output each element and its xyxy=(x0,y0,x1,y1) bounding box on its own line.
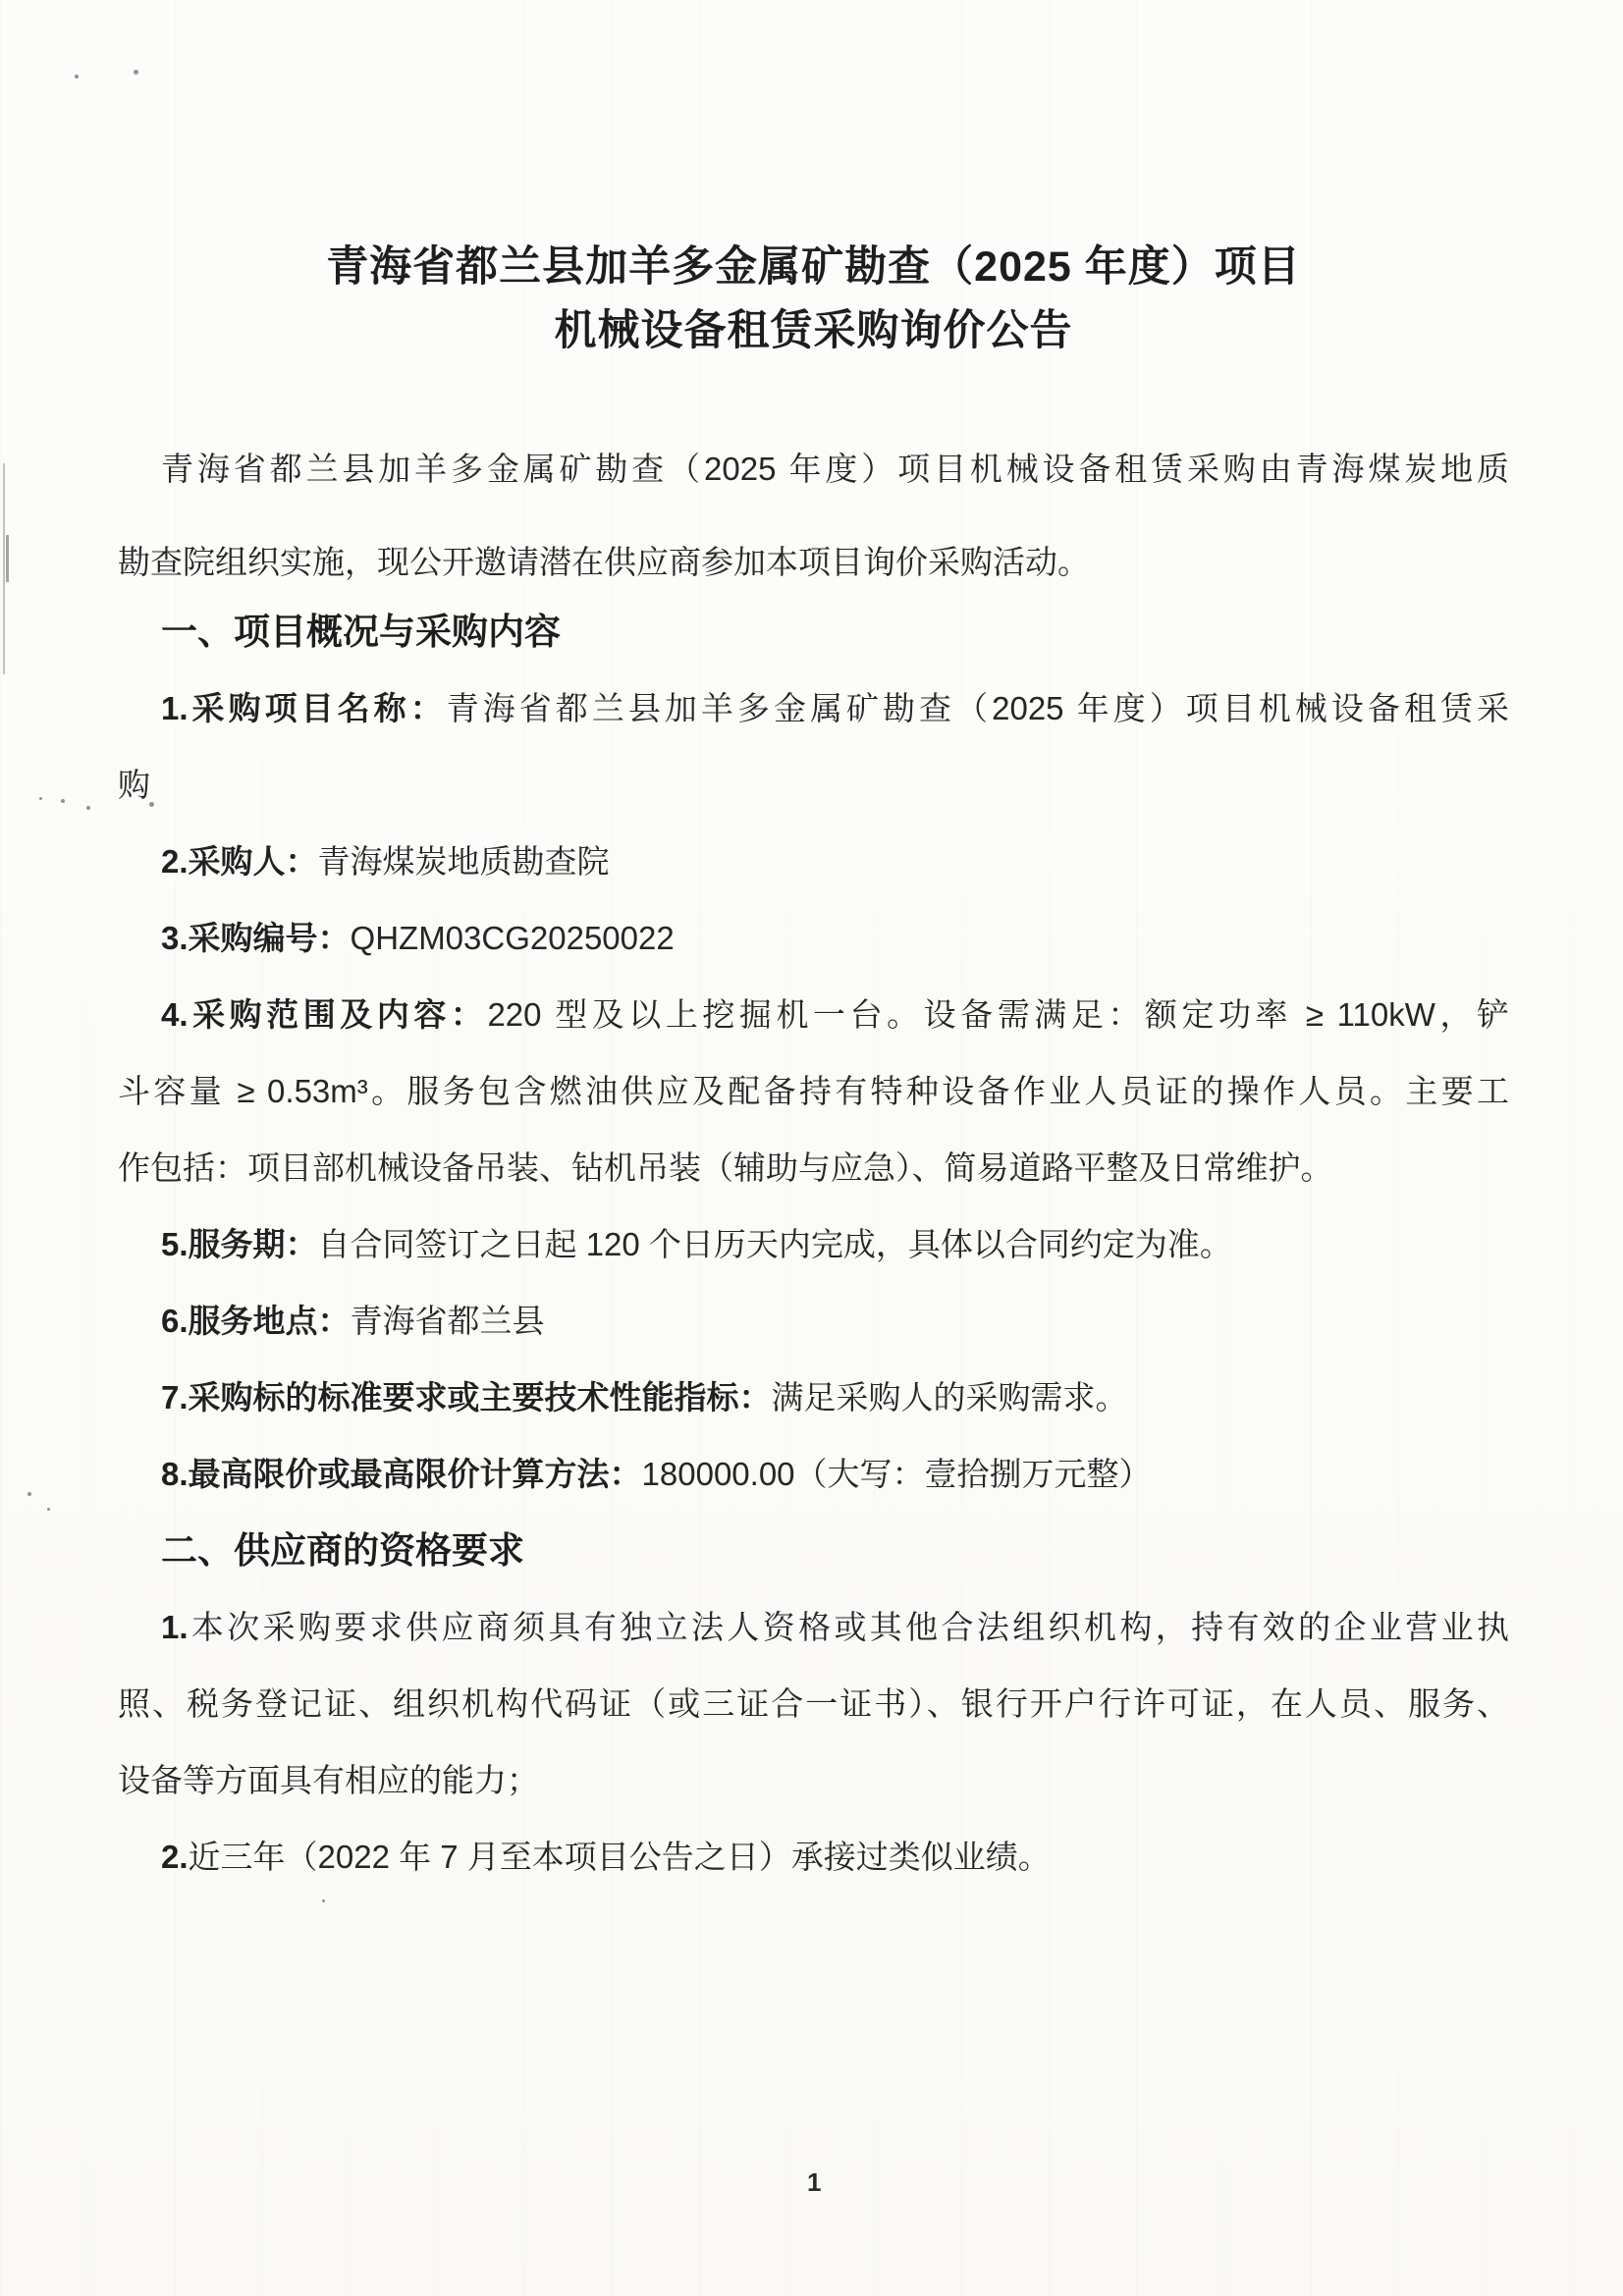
list-item-7: 7.采购标的标准要求或主要技术性能指标：满足采购人的采购需求。 xyxy=(118,1360,1509,1436)
list-item-4: 4.采购范围及内容：220 型及以上挖掘机一台。设备需满足：额定功率 ≥ 110… xyxy=(118,977,1509,1053)
qualification-item-1: 1.本次采购要求供应商须具有独立法人资格或其他合法组织机构，持有效的企业营业执 xyxy=(118,1589,1509,1666)
scan-speck xyxy=(39,797,42,800)
document-title-line2: 机械设备租赁采购询价公告 xyxy=(118,299,1509,363)
scan-speck xyxy=(27,1492,31,1496)
item-text: 近三年（2022 年 7 月至本项目公告之日）承接过类似业绩。 xyxy=(189,1839,1051,1875)
list-item-2: 2.采购人：青海煤炭地质勘查院 xyxy=(118,824,1509,900)
intro-line: 青海省都兰县加羊多金属矿勘查（2025 年度）项目机械设备租赁采购由青海煤炭地质 xyxy=(118,422,1509,515)
item-label: 8.最高限价或最高限价计算方法： xyxy=(161,1456,642,1492)
item-text: 自合同签订之日起 120 个日历天内完成，具体以合同约定为准。 xyxy=(318,1226,1232,1262)
scan-speck xyxy=(61,799,65,803)
intro-paragraph: 青海省都兰县加羊多金属矿勘查（2025 年度）项目机械设备租赁采购由青海煤炭地质… xyxy=(118,422,1509,609)
item-label: 4.采购范围及内容： xyxy=(161,996,487,1033)
item-label: 2. xyxy=(161,1839,189,1875)
item-text: 180000.00（大写：壹拾捌万元整） xyxy=(642,1456,1152,1492)
scan-speck xyxy=(47,1508,50,1511)
item-text: 青海煤炭地质勘查院 xyxy=(318,843,610,880)
scan-streak xyxy=(3,463,5,674)
scan-speck xyxy=(149,802,154,807)
document-title-line1: 青海省都兰县加羊多金属矿勘查（2025 年度）项目 xyxy=(118,236,1509,299)
item-label: 2.采购人： xyxy=(161,843,318,880)
section2-heading: 二、供应商的资格要求 xyxy=(118,1513,1509,1589)
qualification-item-2: 2.近三年（2022 年 7 月至本项目公告之日）承接过类似业绩。 xyxy=(118,1819,1509,1896)
scan-speck xyxy=(86,806,90,810)
list-item-3: 3.采购编号：QHZM03CG20250022 xyxy=(118,900,1509,977)
scan-speck xyxy=(322,1899,325,1902)
qualification-item-1-cont: 设备等方面具有相应的能力； xyxy=(118,1742,1509,1819)
scan-speck xyxy=(75,75,79,79)
item-label: 1. xyxy=(161,1609,189,1645)
item-text: 青海省都兰县 xyxy=(351,1303,545,1339)
document-body: 一、项目概况与采购内容 1.采购项目名称：青海省都兰县加羊多金属矿勘查（2025… xyxy=(118,594,1509,1896)
list-item-1-cont: 购 xyxy=(118,747,1509,824)
item-label: 6.服务地点： xyxy=(161,1303,351,1339)
list-item-5: 5.服务期：自合同签订之日起 120 个日历天内完成，具体以合同约定为准。 xyxy=(118,1206,1509,1283)
item-text: 本次采购要求供应商须具有独立法人资格或其他合法组织机构，持有效的企业营业执 xyxy=(189,1609,1509,1645)
qualification-item-1-cont: 照、税务登记证、组织机构代码证（或三证合一证书）、银行开户行许可证，在人员、服务… xyxy=(118,1666,1509,1742)
list-item-8: 8.最高限价或最高限价计算方法：180000.00（大写：壹拾捌万元整） xyxy=(118,1436,1509,1513)
item-label: 5.服务期： xyxy=(161,1226,318,1262)
item-label: 3.采购编号： xyxy=(161,920,351,956)
scan-speck xyxy=(134,70,138,75)
item-text: QHZM03CG20250022 xyxy=(351,920,675,956)
item-text: 220 型及以上挖掘机一台。设备需满足：额定功率 ≥ 110kW，铲 xyxy=(487,996,1509,1033)
page-number: 1 xyxy=(807,2165,821,2199)
item-label: 7.采购标的标准要求或主要技术性能指标： xyxy=(161,1379,772,1415)
document-page: 青海省都兰县加羊多金属矿勘查（2025 年度）项目 机械设备租赁采购询价公告 青… xyxy=(0,0,1623,2296)
item-label: 1.采购项目名称： xyxy=(161,690,447,726)
document-title: 青海省都兰县加羊多金属矿勘查（2025 年度）项目 机械设备租赁采购询价公告 xyxy=(118,236,1509,363)
item-text: 青海省都兰县加羊多金属矿勘查（2025 年度）项目机械设备租赁采 xyxy=(447,690,1509,726)
list-item-4-cont: 作包括：项目部机械设备吊装、钻机吊装（辅助与应急）、简易道路平整及日常维护。 xyxy=(118,1130,1509,1206)
list-item-4-cont: 斗容量 ≥ 0.53m³。服务包含燃油供应及配备持有特种设备作业人员证的操作人员… xyxy=(118,1053,1509,1130)
scan-streak xyxy=(6,535,9,582)
list-item-6: 6.服务地点：青海省都兰县 xyxy=(118,1283,1509,1360)
list-item-1: 1.采购项目名称：青海省都兰县加羊多金属矿勘查（2025 年度）项目机械设备租赁… xyxy=(118,670,1509,747)
item-text: 满足采购人的采购需求。 xyxy=(772,1379,1128,1415)
